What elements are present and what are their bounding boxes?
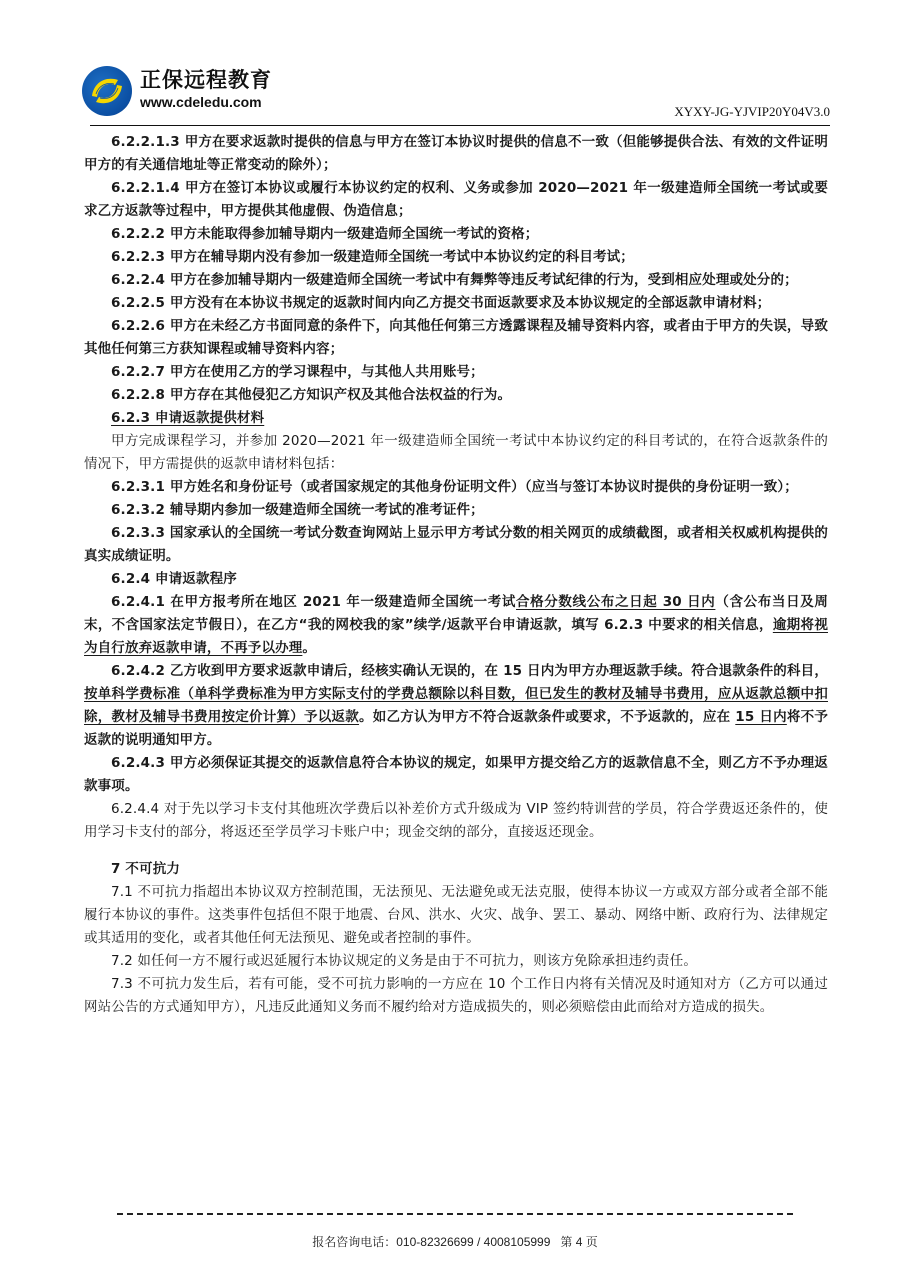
paragraph: 6.2.3.1 甲方姓名和身份证号（或者国家规定的其他身份证明文件）（应当与签订… [84,476,828,499]
text-segment: 6.2.3.2 辅导期内参加一级建造师全国统一考试的准考证件； [111,502,484,518]
paragraph: 6.2.2.2 甲方未能取得参加辅导期内一级建造师全国统一考试的资格； [84,223,828,246]
page-header: 正保远程教育 www.cdeledu.com XYXY-JG-YJVIP20Y0… [82,64,830,126]
paragraph: 6.2.3.2 辅导期内参加一级建造师全国统一考试的准考证件； [84,499,828,522]
text-segment: 6.2.2.1.3 甲方在要求返款时提供的信息与甲方在签订本协议时提供的信息不一… [84,134,828,173]
text-segment: 6.2.4.1 在甲方报考所在地区 2021 年一级建造师全国统一考试 [111,594,516,610]
page-footer: 报名咨询电话：010-82326699 / 4008105999 第 4 页 [0,1233,910,1250]
paragraph: 6.2.3 申请返款提供材料 [84,407,828,430]
text-segment: 7.3 不可抗力发生后，若有可能，受不可抗力影响的一方应在 10 个工作日内将有… [84,976,828,1015]
text-segment: 。如乙方认为甲方不符合返款条件或要求，不予返款的，应在 [359,709,735,725]
brand-url: www.cdeledu.com [140,94,262,110]
paragraph: 6.2.4.1 在甲方报考所在地区 2021 年一级建造师全国统一考试合格分数线… [84,591,828,660]
text-segment: 6.2.2.7 甲方在使用乙方的学习课程中，与其他人共用账号； [111,364,484,380]
underlined-text: 15 日内 [735,709,787,725]
paragraph: 6.2.2.6 甲方在未经乙方书面同意的条件下，向其他任何第三方透露课程及辅导资… [84,315,828,361]
text-segment: 6.2.4 申请返款程序 [111,571,237,587]
document-body: 6.2.2.1.3 甲方在要求返款时提供的信息与甲方在签订本协议时提供的信息不一… [84,131,828,1019]
text-segment: 6.2.2.6 甲方在未经乙方书面同意的条件下，向其他任何第三方透露课程及辅导资… [84,318,828,357]
text-segment: 6.2.2.2 甲方未能取得参加辅导期内一级建造师全国统一考试的资格； [111,226,538,242]
text-segment: 7 不可抗力 [111,861,180,877]
company-logo-icon [82,66,132,116]
text-segment: 6.2.2.5 甲方没有在本协议书规定的返款时间内向乙方提交书面返款要求及本协议… [111,295,770,311]
underlined-text: 合格分数线公布之日起 30 日内 [516,594,715,610]
paragraph: 6.2.4.3 甲方必须保证其提交的返款信息符合本协议的规定，如果甲方提交给乙方… [84,752,828,798]
text-segment: 6.2.3.1 甲方姓名和身份证号（或者国家规定的其他身份证明文件）（应当与签订… [111,479,798,495]
underlined-text: 6.2.3 申请返款提供材料 [111,410,264,426]
paragraph: 6.2.4.4 对于先以学习卡支付其他班次学费后以补差价方式升级成为 VIP 签… [84,798,828,844]
paragraph: 7.3 不可抗力发生后，若有可能，受不可抗力影响的一方应在 10 个工作日内将有… [84,973,828,1019]
header-divider [90,125,830,126]
text-segment: 甲方完成课程学习，并参加 2020—2021 年一级建造师全国统一考试中本协议约… [84,433,828,472]
text-segment: 6.2.3.3 国家承认的全国统一考试分数查询网站上显示甲方考试分数的相关网页的… [84,525,828,564]
section-gap [84,844,828,858]
paragraph: 甲方完成课程学习，并参加 2020—2021 年一级建造师全国统一考试中本协议约… [84,430,828,476]
paragraph: 6.2.2.5 甲方没有在本协议书规定的返款时间内向乙方提交书面返款要求及本协议… [84,292,828,315]
paragraph: 6.2.2.1.3 甲方在要求返款时提供的信息与甲方在签订本协议时提供的信息不一… [84,131,828,177]
text-segment: 6.2.2.4 甲方在参加辅导期内一级建造师全国统一考试中有舞弊等违反考试纪律的… [111,272,798,288]
text-segment: 6.2.2.8 甲方存在其他侵犯乙方知识产权及其他合法权益的行为。 [111,387,511,403]
contact-phones: 010-82326699 / 4008105999 [396,1235,550,1249]
paragraph: 6.2.2.8 甲方存在其他侵犯乙方知识产权及其他合法权益的行为。 [84,384,828,407]
text-segment: 6.2.4.2 乙方收到甲方要求返款申请后，经核实确认无误的，在 15 日内为甲… [111,663,828,679]
text-segment: 。 [302,640,316,656]
paragraph: 6.2.2.4 甲方在参加辅导期内一级建造师全国统一考试中有舞弊等违反考试纪律的… [84,269,828,292]
paragraph: 6.2.2.7 甲方在使用乙方的学习课程中，与其他人共用账号； [84,361,828,384]
paragraph: 7 不可抗力 [84,858,828,881]
contact-label: 报名咨询电话： [312,1235,396,1249]
brand-name: 正保远程教育 [140,68,272,92]
footer-divider [117,1213,793,1215]
paragraph: 6.2.2.1.4 甲方在签订本协议或履行本协议约定的权利、义务或参加 2020… [84,177,828,223]
paragraph: 6.2.3.3 国家承认的全国统一考试分数查询网站上显示甲方考试分数的相关网页的… [84,522,828,568]
text-segment: 6.2.2.1.4 甲方在签订本协议或履行本协议约定的权利、义务或参加 2020… [84,180,828,219]
text-segment: 6.2.4.3 甲方必须保证其提交的返款信息符合本协议的规定，如果甲方提交给乙方… [84,755,828,794]
text-segment: 6.2.2.3 甲方在辅导期内没有参加一级建造师全国统一考试中本协议约定的科目考… [111,249,634,265]
paragraph: 6.2.4.2 乙方收到甲方要求返款申请后，经核实确认无误的，在 15 日内为甲… [84,660,828,752]
text-segment: 7.2 如任何一方不履行或迟延履行本协议规定的义务是由于不可抗力，则该方免除承担… [111,953,697,969]
text-segment: 7.1 不可抗力指超出本协议双方控制范围，无法预见、无法避免或无法克服，使得本协… [84,884,828,946]
paragraph: 6.2.4 申请返款程序 [84,568,828,591]
paragraph: 6.2.2.3 甲方在辅导期内没有参加一级建造师全国统一考试中本协议约定的科目考… [84,246,828,269]
text-segment: 6.2.4.4 对于先以学习卡支付其他班次学费后以补差价方式升级成为 VIP 签… [84,801,828,840]
paragraph: 7.2 如任何一方不履行或迟延履行本协议规定的义务是由于不可抗力，则该方免除承担… [84,950,828,973]
paragraph: 7.1 不可抗力指超出本协议双方控制范围，无法预见、无法避免或无法克服，使得本协… [84,881,828,950]
document-code: XYXY-JG-YJVIP20Y04V3.0 [674,104,830,120]
page-number: 第 4 页 [560,1235,597,1249]
